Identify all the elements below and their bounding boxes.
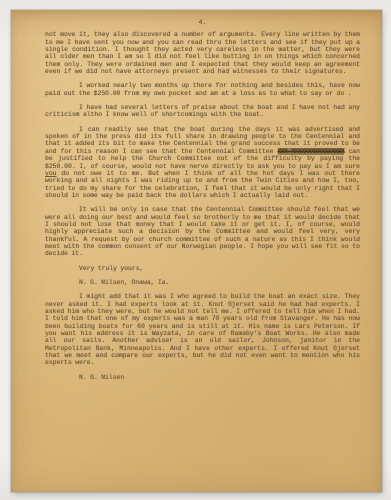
paragraph-worked-months: I worked nearly two months up there for … <box>45 82 360 97</box>
underlined-word: you <box>45 170 57 177</box>
postscript-paragraph: I might add that it was I who agreed to … <box>45 293 360 366</box>
paragraph-committee-decision: It will be only in case that the Centenn… <box>45 206 360 257</box>
paragraph-arguments: not move it, they also discovered a numb… <box>45 31 360 75</box>
signature-with-location: N. G. Nilsen, Onawa, Ia. <box>45 279 360 286</box>
paragraph-segment: do not owe it to me. But when I think of… <box>45 170 360 199</box>
struck-out-text: XXX XXXXXXXXXXXXXXXX <box>278 148 345 155</box>
page-number: 4. <box>45 19 360 26</box>
letter-page: 4. not move it, they also discovered a n… <box>11 10 382 492</box>
letter-body: 4. not move it, they also discovered a n… <box>45 19 360 388</box>
paragraph-centennial-committee: I can readily see that the boat during t… <box>45 126 360 199</box>
closing-salutation: Very truly yours, <box>45 265 360 272</box>
paragraph-letters-of-praise: I have had several letters of praise abo… <box>45 104 360 119</box>
final-signature: N. G. Nilsen <box>45 374 360 381</box>
